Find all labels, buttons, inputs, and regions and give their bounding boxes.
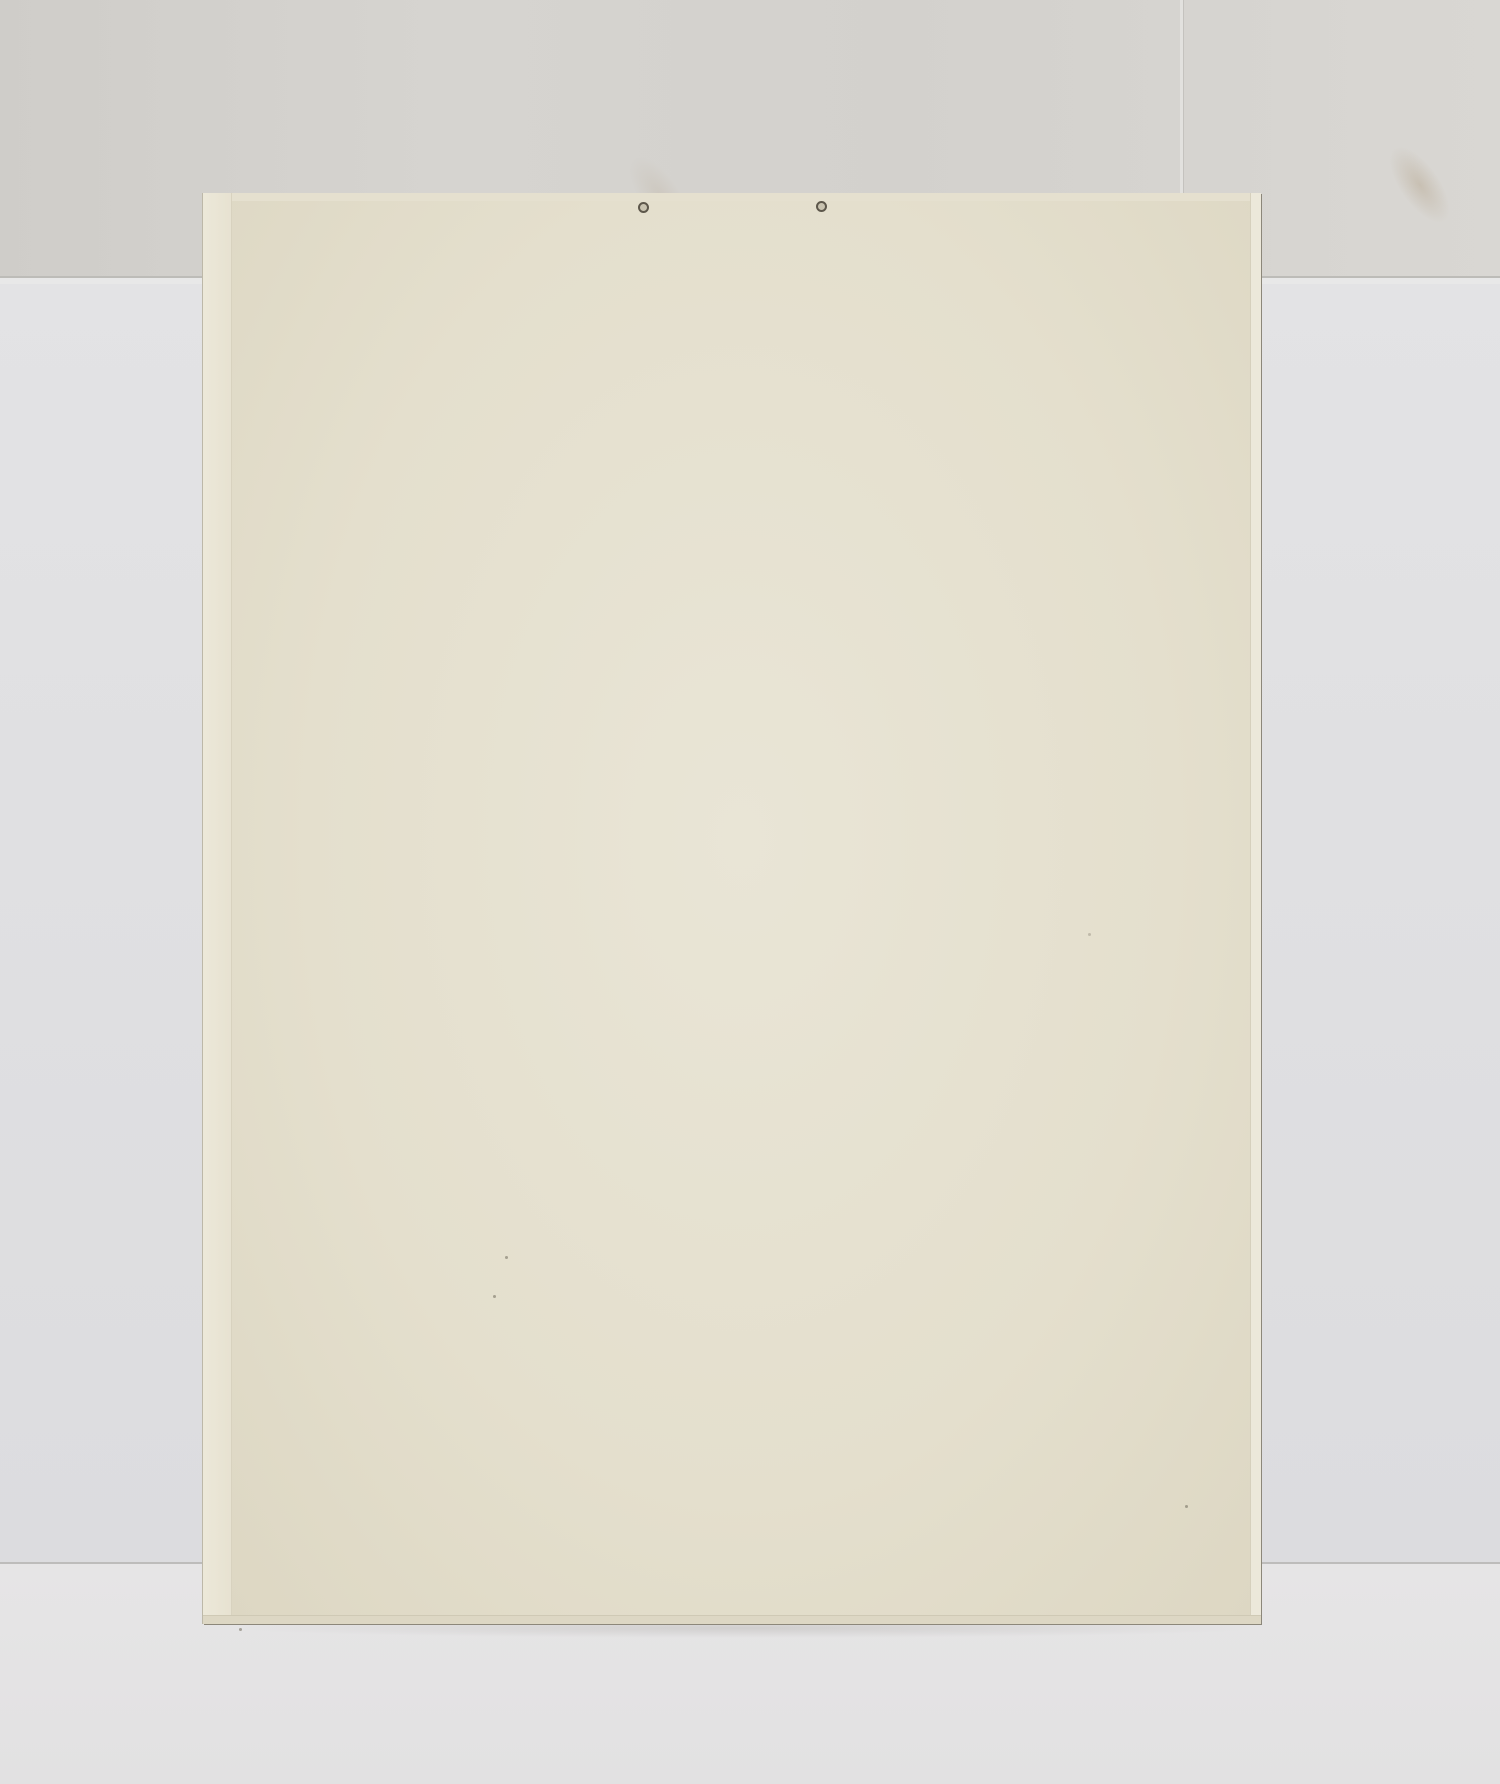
board-right-edge (1250, 193, 1261, 1624)
mount-hole-right (816, 201, 827, 212)
board-left-edge (203, 193, 232, 1624)
surface-speck (505, 1256, 508, 1259)
mount-hole-left (638, 202, 649, 213)
surface-speck (1185, 1505, 1188, 1508)
surface-speck (493, 1295, 496, 1298)
surface-speck (1088, 933, 1091, 936)
wall-stain (1378, 137, 1462, 234)
blank-board (203, 193, 1261, 1624)
board-face (232, 201, 1251, 1616)
board-bottom-edge (203, 1615, 1261, 1624)
surface-speck (239, 1628, 242, 1631)
